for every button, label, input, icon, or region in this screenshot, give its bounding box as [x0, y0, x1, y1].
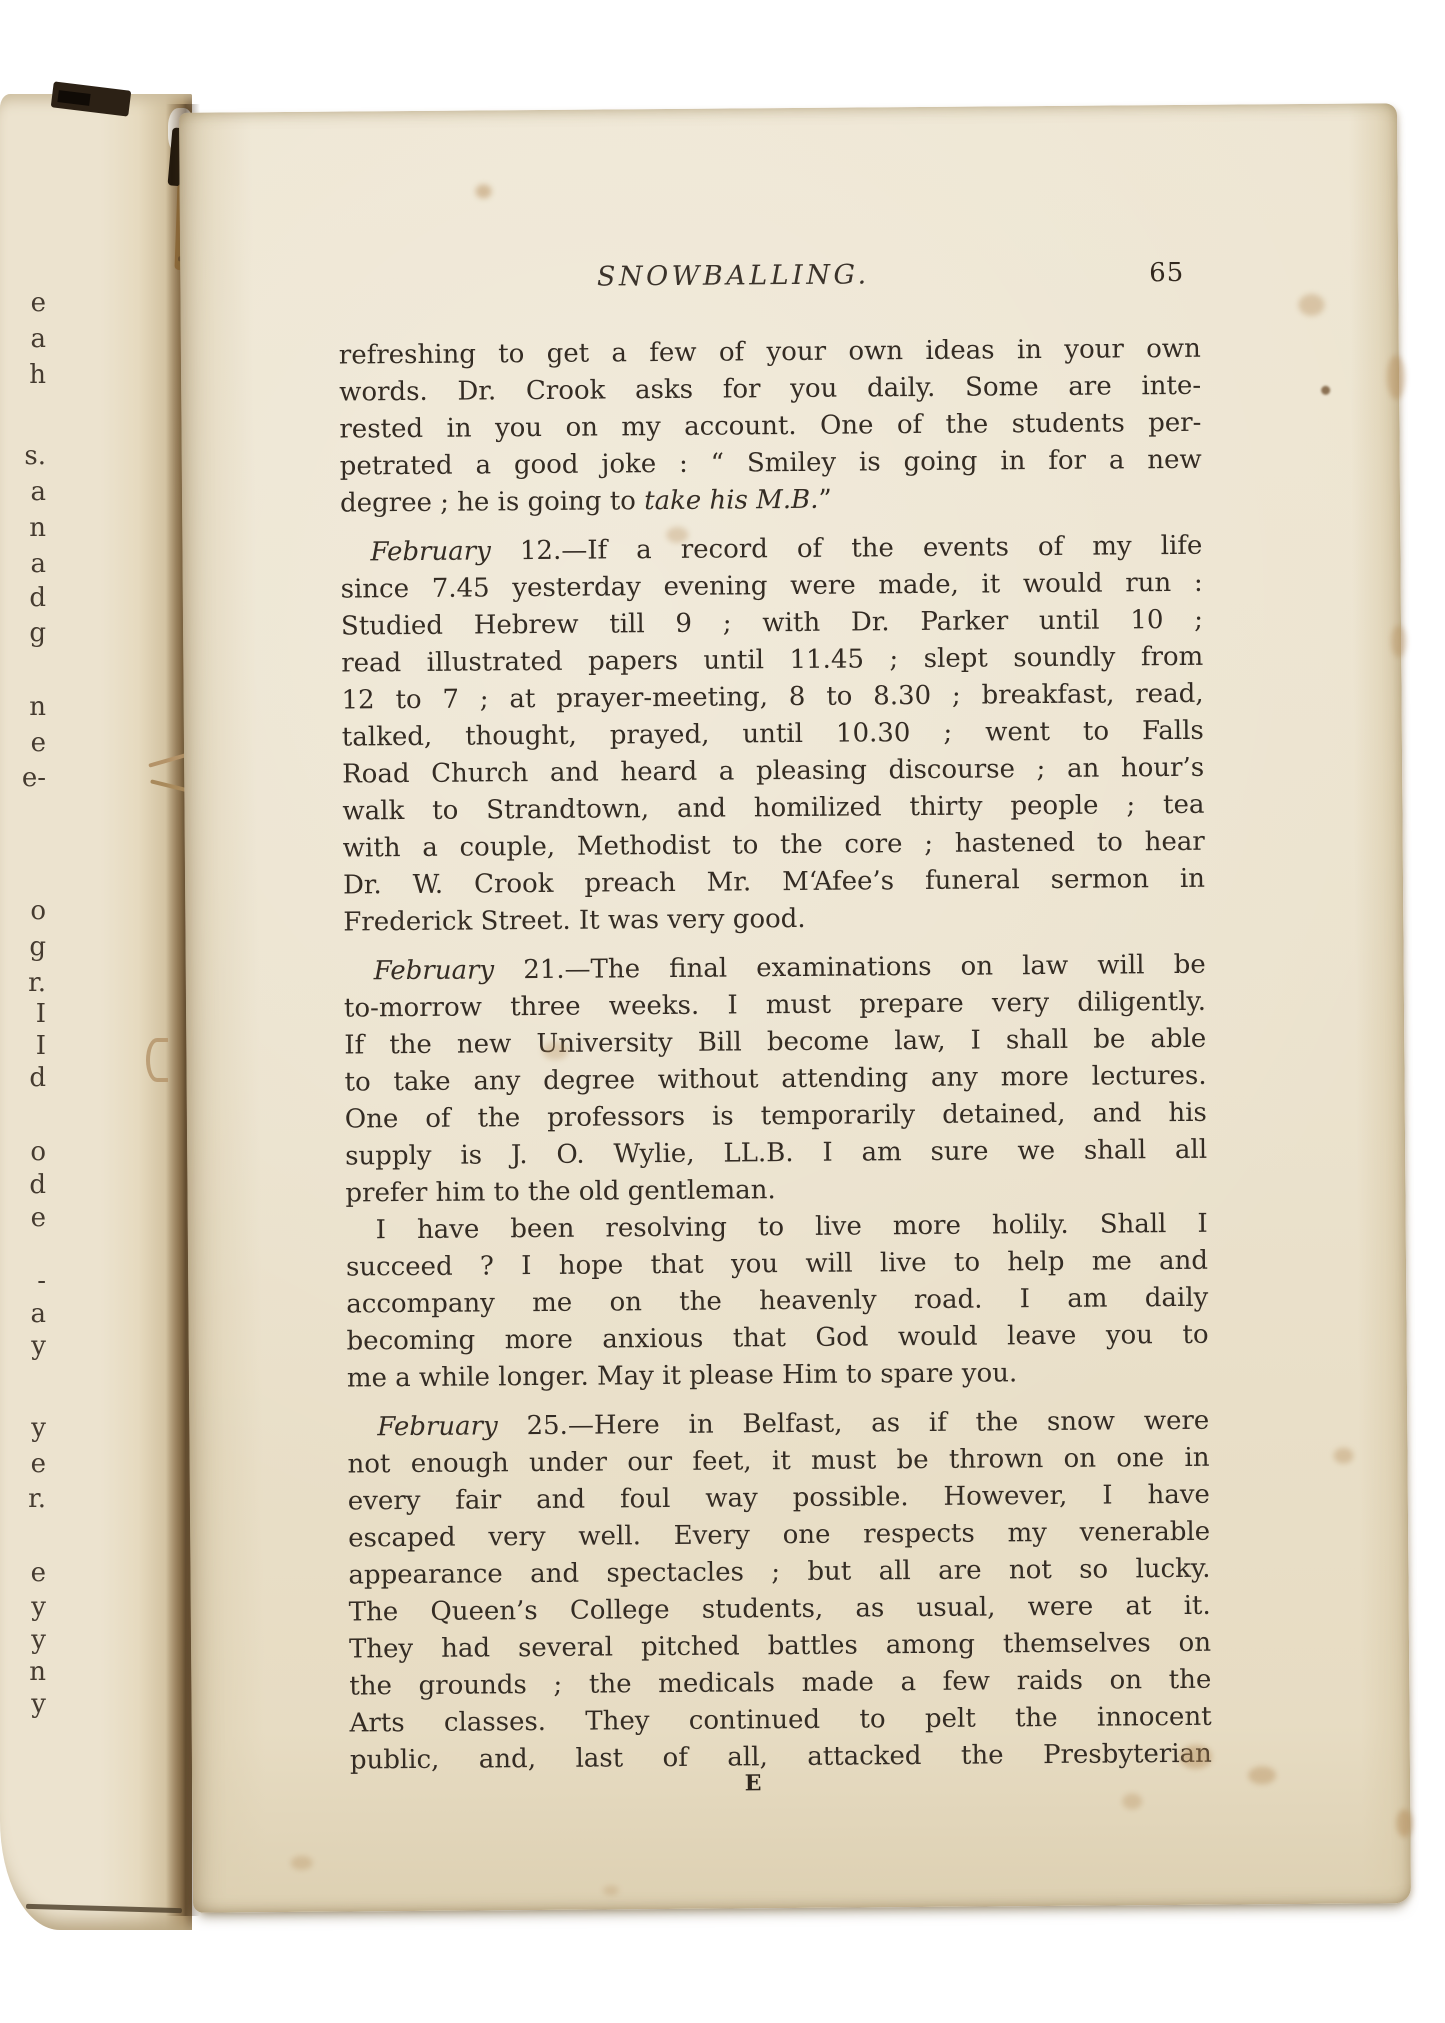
left-page-text-fragment: r. [2, 1484, 46, 1514]
left-page-text-fragment: y [2, 1592, 46, 1622]
left-page-text-fragment: e [2, 288, 46, 318]
foxing-spot [603, 1885, 619, 1895]
foxing-spot [1333, 1448, 1353, 1464]
foxing-spot [666, 527, 688, 543]
left-page-text-fragment: s. [2, 441, 46, 471]
left-page-text-fragment: e [2, 1449, 46, 1479]
left-page-text-fragment: y [2, 1331, 46, 1361]
left-page-text-fragment: o [2, 1137, 46, 1167]
left-page-text-fragment: d [2, 1063, 46, 1093]
foxing-spot [1298, 294, 1324, 316]
left-page-text-fragment: r. [2, 968, 46, 998]
facing-page-text-column: eahs.anadgnee-ogr.IIdode-ayyer.eyyny [2, 0, 50, 2023]
left-page-text-fragment: n [2, 1657, 46, 1687]
left-page-text-fragment: o [2, 896, 46, 926]
paragraph: February 12.—If a record of the events o… [340, 528, 1205, 942]
left-page-text-fragment: h [2, 360, 46, 390]
paragraph: February 25.—Here in Belfast, as if the … [347, 1403, 1212, 1780]
foxing-spot [1180, 1745, 1212, 1769]
foxing-spot [1387, 355, 1405, 399]
foxing-spot [476, 184, 492, 198]
foxing-spot [1396, 1809, 1412, 1837]
page-number: 65 [1149, 258, 1184, 288]
left-page-text-fragment: I [2, 1031, 46, 1061]
foxing-spot [1321, 386, 1330, 395]
left-page-text-fragment: y [2, 1625, 46, 1655]
book-photograph: eahs.anadgnee-ogr.IIdode-ayyer.eyyny SNO… [0, 0, 1445, 2023]
left-page-text-fragment: - [2, 1266, 46, 1296]
foxing-spot [291, 1856, 313, 1870]
running-head-row: SNOWBALLING. 65 [338, 257, 1200, 306]
left-page-text-fragment: e [2, 728, 46, 758]
text-line: me a while longer. May it please Him to … [347, 1354, 1209, 1398]
left-page-text-fragment: e [2, 1558, 46, 1588]
left-page-text-fragment: e- [2, 763, 46, 793]
left-page-text-fragment: a [2, 324, 46, 354]
sewing-thread [146, 1038, 168, 1082]
left-page-text-fragment: a [2, 549, 46, 579]
foxing-spot [542, 1042, 568, 1060]
text-line: Dr. W. Crook preach Mr. M‘Afee’s funeral… [343, 861, 1205, 905]
foxing-spot [1248, 1766, 1276, 1784]
text-line: petrated a good joke : “ Smiley is going… [340, 442, 1202, 486]
text-line: degree ; he is going to take his M.B.” [340, 479, 1202, 523]
left-page-text-fragment: g [2, 618, 46, 648]
left-page-text-fragment: a [2, 477, 46, 507]
foxing-spot [1391, 625, 1406, 657]
text-line: supply is J. O. Wylie, LL.B. I am sure w… [345, 1132, 1207, 1176]
running-head: SNOWBALLING. [597, 259, 870, 292]
paragraph: I have been resolving to live more holil… [346, 1206, 1209, 1398]
left-page-text-fragment: n [2, 692, 46, 722]
left-page-text-fragment: a [2, 1299, 46, 1329]
foxing-spot [1122, 1793, 1142, 1809]
text-line: Frederick Street. It was very good. [343, 898, 1205, 942]
left-page-text-fragment: I [2, 999, 46, 1029]
paragraph: February 21.—The final examinations on l… [344, 947, 1208, 1213]
book-page: SNOWBALLING. 65 refreshing to get a few … [179, 103, 1411, 1913]
signature-mark: E [322, 1767, 1184, 1800]
left-page-text-fragment: y [2, 1413, 46, 1443]
text-line: becoming more anxious that God would lea… [346, 1317, 1208, 1361]
left-page-text-fragment: y [2, 1689, 46, 1719]
paragraph: refreshing to get a few of your own idea… [339, 331, 1202, 523]
left-page-text-fragment: n [2, 513, 46, 543]
left-page-text-fragment: d [2, 1170, 46, 1200]
left-page-text-fragment: g [2, 932, 46, 962]
body-text: refreshing to get a few of your own idea… [339, 331, 1212, 1780]
left-page-text-fragment: e [2, 1203, 46, 1233]
left-page-text-fragment: d [2, 583, 46, 613]
